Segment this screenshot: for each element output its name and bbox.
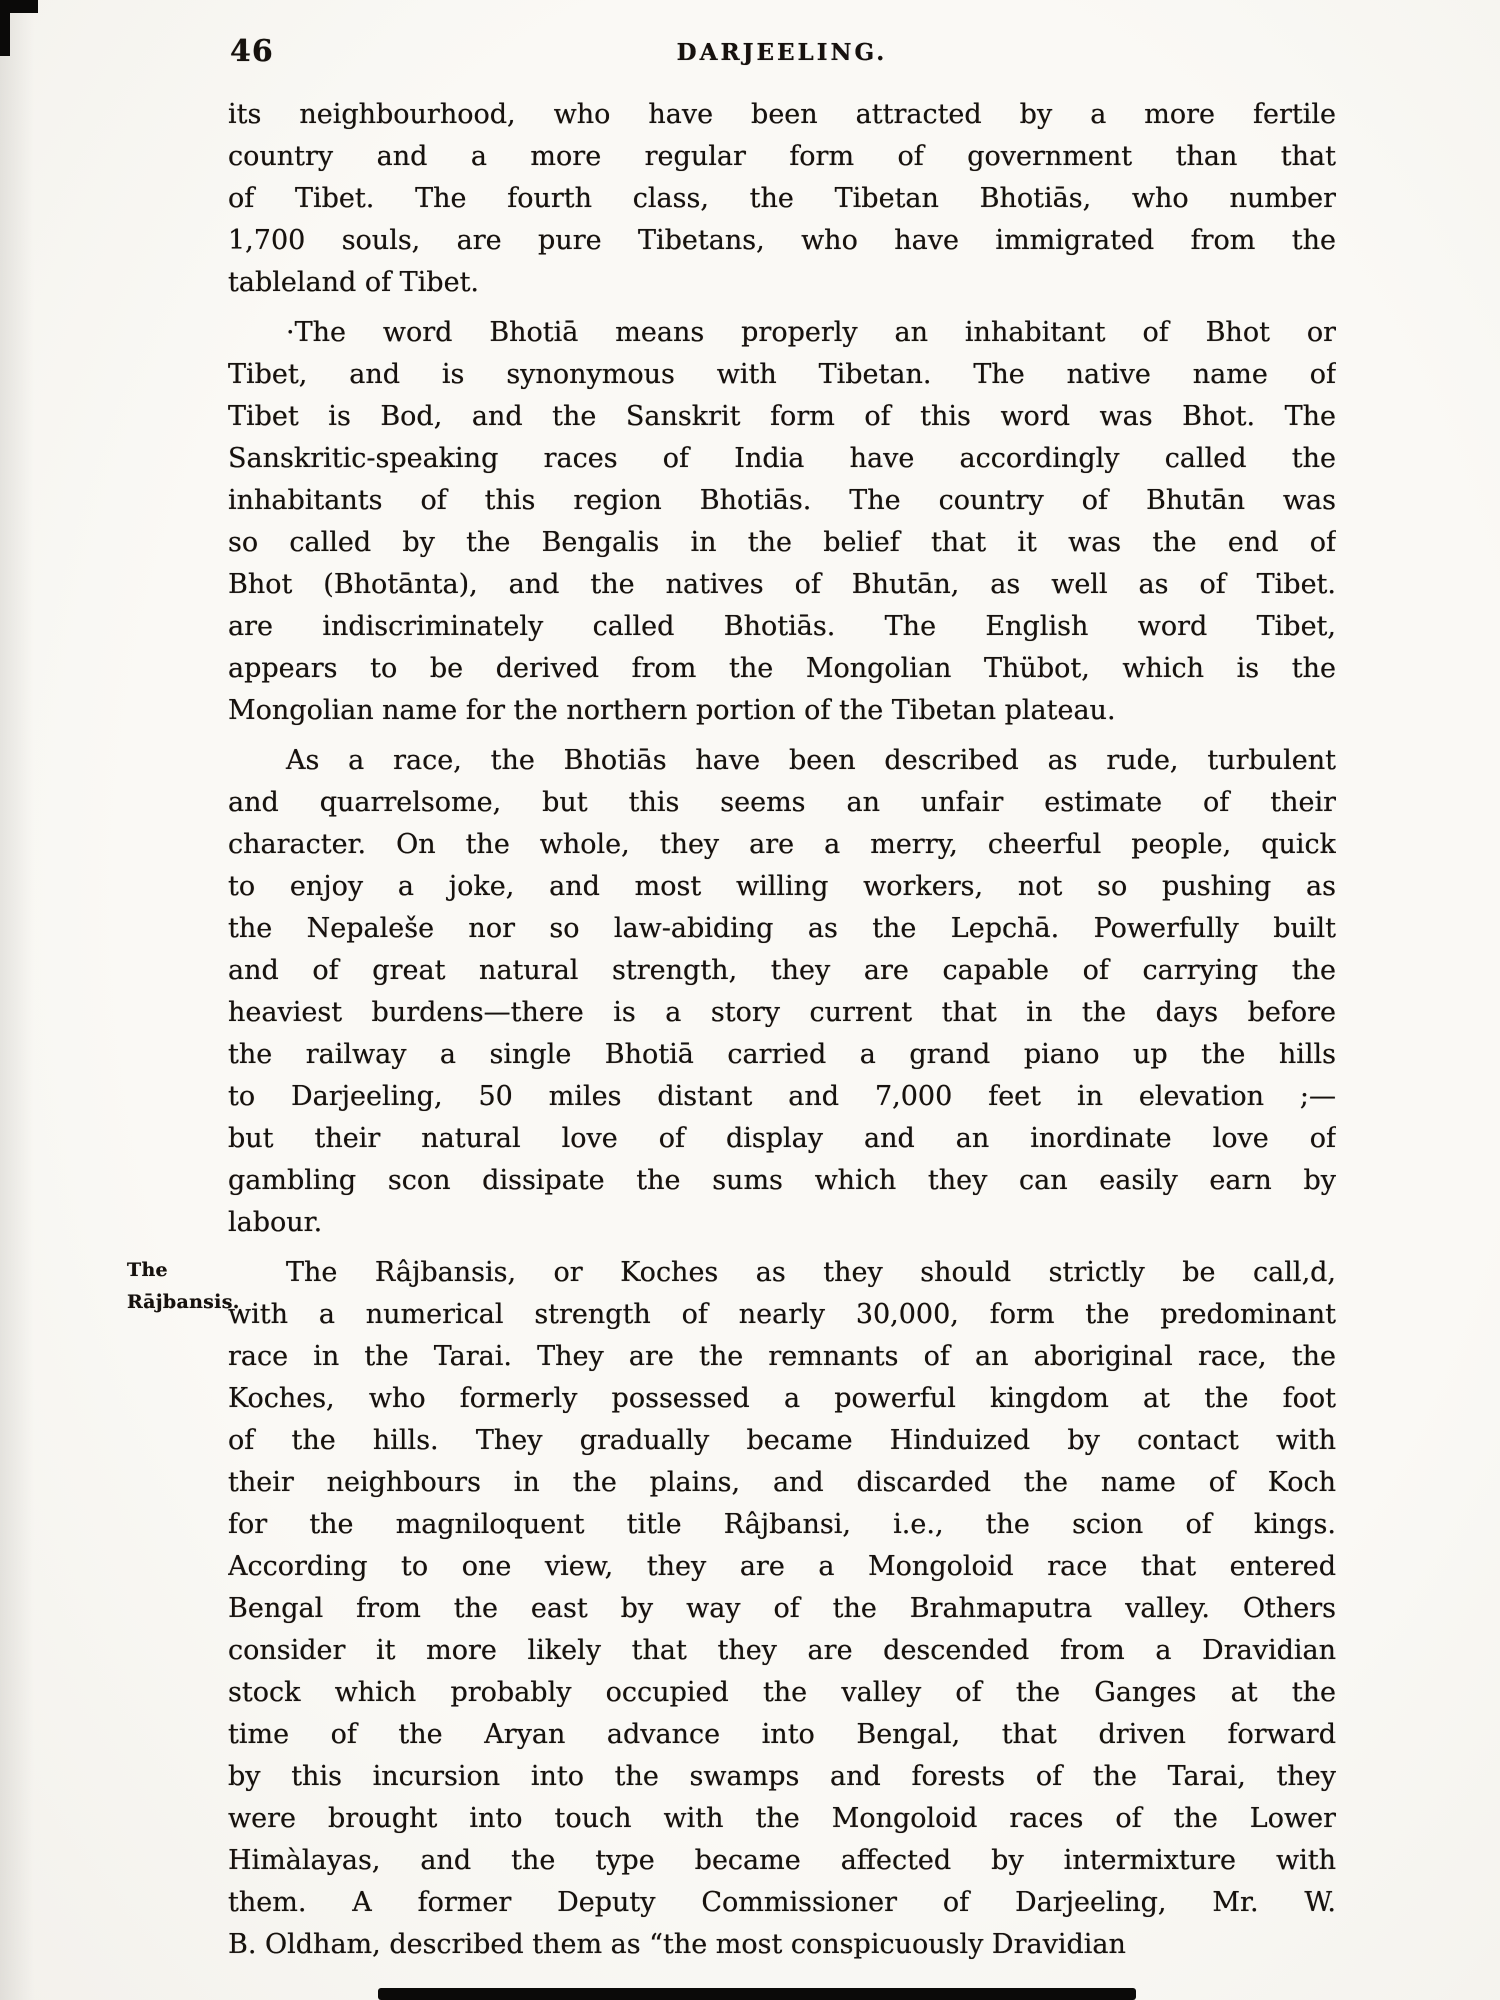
text-line: gambling scon dissipate the sums which t… — [228, 1160, 1336, 1202]
text-line: Mongolian name for the northern portion … — [228, 690, 1336, 732]
paragraph-1: its neighbourhood, who have been attract… — [228, 94, 1336, 304]
book-page: { "page": { "number": "46", "running_hea… — [0, 0, 1500, 2000]
text-line: Koches, who formerly possessed a powerfu… — [228, 1378, 1336, 1420]
text-line: ·The word Bhotiā means properly an inhab… — [228, 312, 1336, 354]
text-line: Tibet, and is synonymous with Tibetan. T… — [228, 354, 1336, 396]
text-line: stock which probably occupied the valley… — [228, 1672, 1336, 1714]
text-line: the railway a single Bhotiā carried a gr… — [228, 1034, 1336, 1076]
text-line: are indiscriminately called Bhotiās. The… — [228, 606, 1336, 648]
text-line: to Darjeeling, 50 miles distant and 7,00… — [228, 1076, 1336, 1118]
text-line: Bhot (Bhotānta), and the natives of Bhut… — [228, 564, 1336, 606]
text-line: but their natural love of display and an… — [228, 1118, 1336, 1160]
text-line: the Nepaleše nor so law-abiding as the L… — [228, 908, 1336, 950]
text-line: of the hills. They gradually became Hind… — [228, 1420, 1336, 1462]
paragraph-2: ·The word Bhotiā means properly an inhab… — [228, 312, 1336, 732]
text-line: its neighbourhood, who have been attract… — [228, 94, 1336, 136]
text-line: As a race, the Bhotiās have been describ… — [228, 740, 1336, 782]
text-line: Tibet is Bod, and the Sanskrit form of t… — [228, 396, 1336, 438]
text-line: their neighbours in the plains, and disc… — [228, 1462, 1336, 1504]
text-line: and of great natural strength, they are … — [228, 950, 1336, 992]
text-line: tableland of Tibet. — [228, 262, 1336, 304]
text-line: and quarrelsome, but this seems an unfai… — [228, 782, 1336, 824]
text-line: them. A former Deputy Commissioner of Da… — [228, 1882, 1336, 1924]
text-line: so called by the Bengalis in the belief … — [228, 522, 1336, 564]
text-line: were brought into touch with the Mongolo… — [228, 1798, 1336, 1840]
paragraph-3: As a race, the Bhotiās have been describ… — [228, 740, 1336, 1244]
text-line: heaviest burdens—there is a story curren… — [228, 992, 1336, 1034]
page-header: 46 DARJEELING. — [228, 34, 1336, 68]
text-line: Sanskritic-speaking races of India have … — [228, 438, 1336, 480]
margin-note-rajbansis: The Rājbansis. — [127, 1254, 225, 1318]
text-line: appears to be derived from the Mongolian… — [228, 648, 1336, 690]
margin-note-line: The — [127, 1254, 225, 1286]
text-line: According to one view, they are a Mongol… — [228, 1546, 1336, 1588]
text-line: time of the Aryan advance into Bengal, t… — [228, 1714, 1336, 1756]
scan-artifact-top-left-vertical — [0, 0, 10, 56]
text-line: to enjoy a joke, and most willing worker… — [228, 866, 1336, 908]
text-line: with a numerical strength of nearly 30,0… — [228, 1294, 1336, 1336]
text-line: by this incursion into the swamps and fo… — [228, 1756, 1336, 1798]
scanned-page: 46 DARJEELING. its neighbourhood, who ha… — [0, 0, 1500, 2000]
text-line: Himàlayas, and the type became affected … — [228, 1840, 1336, 1882]
text-line: Bengal from the east by way of the Brahm… — [228, 1588, 1336, 1630]
paragraph-4: The Rājbansis. The Râjbansis, or Koches … — [228, 1252, 1336, 1966]
text-line: country and a more regular form of gover… — [228, 136, 1336, 178]
text-line: The Râjbansis, or Koches as they should … — [228, 1252, 1336, 1294]
text-column: its neighbourhood, who have been attract… — [228, 94, 1336, 1966]
text-line: of Tibet. The fourth class, the Tibetan … — [228, 178, 1336, 220]
text-line: 1,700 souls, are pure Tibetans, who have… — [228, 220, 1336, 262]
text-line: character. On the whole, they are a merr… — [228, 824, 1336, 866]
text-line: labour. — [228, 1202, 1336, 1244]
text-line: for the magniloquent title Râjbansi, i.e… — [228, 1504, 1336, 1546]
margin-note-line: Rājbansis. — [127, 1286, 225, 1318]
running-header: DARJEELING. — [228, 39, 1336, 66]
text-line: consider it more likely that they are de… — [228, 1630, 1336, 1672]
scan-artifact-bottom-bar — [378, 1988, 1136, 2000]
scan-gutter-shadow — [0, 0, 34, 2000]
text-line: inhabitants of this region Bhotiās. The … — [228, 480, 1336, 522]
text-line: race in the Tarai. They are the remnants… — [228, 1336, 1336, 1378]
text-line: B. Oldham, described them as “the most c… — [228, 1924, 1336, 1966]
